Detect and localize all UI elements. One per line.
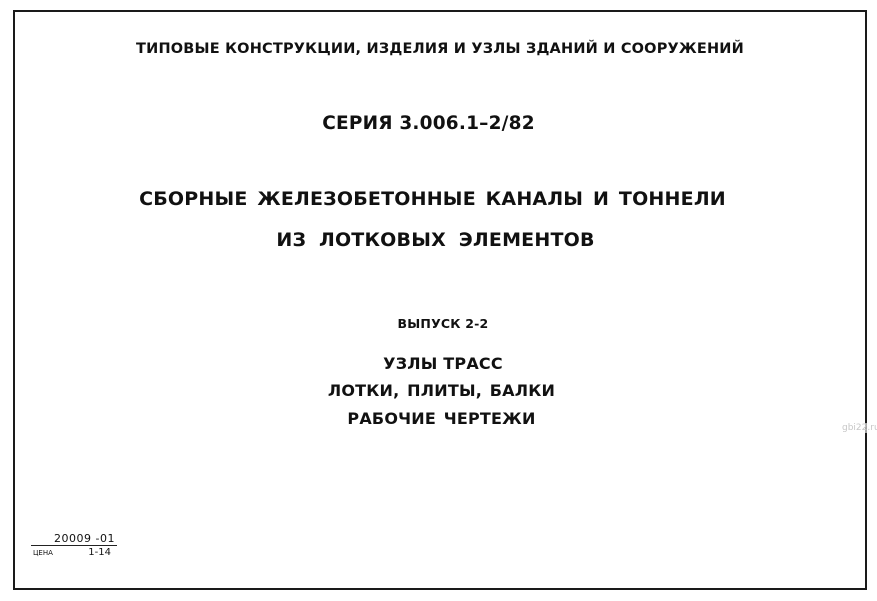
organization-heading: ТИПОВЫЕ КОНСТРУКЦИИ, ИЗДЕЛИЯ И УЗЛЫ ЗДАН… (3, 41, 877, 57)
document-title-line-2: ИЗ ЛОТКОВЫХ ЭЛЕМЕНТОВ (0, 229, 877, 251)
price-row: ЦЕНА 1-14 (31, 546, 117, 559)
catalog-code: 20009 -01 (31, 533, 117, 546)
catalog-stamp: 20009 -01 ЦЕНА 1-14 (31, 533, 117, 559)
price-value: 1-14 (88, 547, 117, 559)
title-sheet-frame (13, 10, 867, 590)
subtitle-line-1: УЗЛЫ ТРАСС (9, 354, 877, 373)
issue-number: ВЫПУСК 2-2 (9, 316, 877, 331)
price-label: ЦЕНА (31, 547, 53, 559)
document-title-line-1: СБОРНЫЕ ЖЕЛЕЗОБЕТОННЫЕ КАНАЛЫ И ТОННЕЛИ (0, 188, 877, 210)
subtitle-line-2: ЛОТКИ, ПЛИТЫ, БАЛКИ (6, 381, 877, 400)
watermark: gbi22.ru (842, 423, 877, 433)
series-number: СЕРИЯ 3.006.1–2/82 (0, 113, 877, 134)
subtitle-line-3: РАБОЧИЕ ЧЕРТЕЖИ (6, 409, 877, 428)
